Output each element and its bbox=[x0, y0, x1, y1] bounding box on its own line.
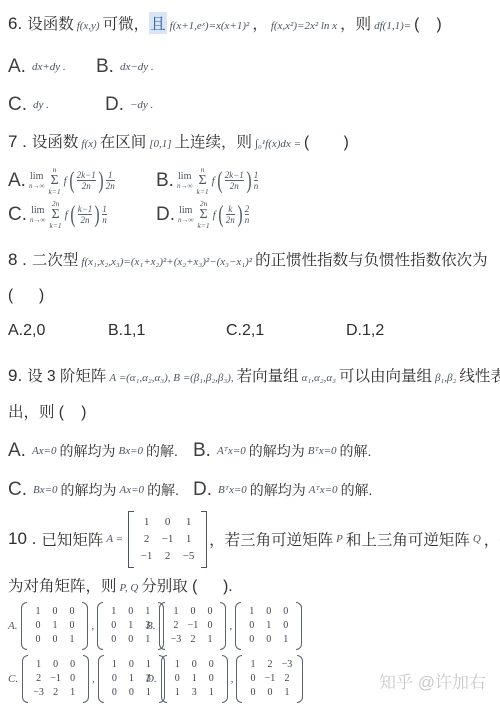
option-A: A. dx+dy . bbox=[8, 56, 96, 78]
stem-text: 可微， bbox=[103, 12, 150, 34]
formula: A = bbox=[106, 533, 123, 545]
formula: Q bbox=[473, 533, 481, 545]
stem-text: 分别取 ( ). bbox=[141, 574, 232, 596]
question-9-options-row-1: A. Ax=0 的解均为 Bx=0 的解. B. Aᵀx=0 的解均为 Bᵀx=… bbox=[8, 440, 371, 462]
question-number: 8 . bbox=[8, 250, 27, 270]
right-paren: ) bbox=[95, 204, 100, 226]
question-9-stem-line-2: 出，则 ( ) bbox=[8, 400, 86, 422]
stem-text: ， bbox=[252, 12, 268, 34]
limit-operator: limn→∞ bbox=[29, 172, 45, 190]
left-paren: ( bbox=[217, 170, 222, 192]
question-6-options-row-2: C. dy . D. −dy . bbox=[8, 94, 156, 116]
option-letter: C. bbox=[8, 204, 27, 226]
fraction: 2k−12n bbox=[225, 170, 244, 192]
stem-text: 线性表 bbox=[459, 364, 500, 386]
stem-text: 已知矩阵 bbox=[41, 528, 103, 550]
option-text: 2,1 bbox=[242, 322, 264, 340]
right-paren: ) bbox=[246, 170, 251, 192]
option-letter: A. bbox=[8, 322, 23, 340]
matrix-P: 100010001 bbox=[21, 602, 88, 650]
matrix-right-paren bbox=[83, 655, 89, 703]
formula: Bᵀx=0 bbox=[218, 484, 247, 496]
answer-blank: ( ) bbox=[8, 287, 44, 305]
stem-text: 可以由向量组 bbox=[339, 364, 432, 386]
function-name: f bbox=[213, 209, 216, 221]
fraction: k2n bbox=[226, 204, 235, 226]
option-letter: B. bbox=[156, 170, 174, 192]
summation-symbol: 2nΣk=1 bbox=[198, 200, 210, 229]
option-text: 1,1 bbox=[123, 322, 145, 340]
option-A: A. limn→∞ nΣk=1 f ( 2k−12n ) 12n bbox=[8, 166, 156, 195]
formula: α₁,α₂,α₃ bbox=[302, 372, 336, 384]
limit-operator: limn→∞ bbox=[30, 206, 46, 224]
function-name: f bbox=[65, 209, 68, 221]
matrix-right-bracket bbox=[201, 511, 207, 568]
option-letter: C. bbox=[8, 673, 18, 685]
option-formula: dx−dy . bbox=[120, 61, 154, 73]
option-D: D. −dy . bbox=[105, 94, 156, 116]
formula: Bx=0 bbox=[118, 445, 143, 457]
matrix-P: 100010131 bbox=[161, 655, 228, 703]
question-8-blank: ( ) bbox=[8, 287, 44, 305]
question-9-options-row-2: C. Bx=0 的解均为 Ax=0 的解. D. Bᵀx=0 的解均为 Aᵀx=… bbox=[8, 479, 372, 501]
option-letter: B. bbox=[108, 322, 123, 340]
option-text: 的解. bbox=[146, 441, 178, 461]
stem-text: 上连续，则 bbox=[175, 130, 253, 152]
question-number: 7 . bbox=[8, 132, 27, 152]
option-D: D. 100010131 , 12−30−12001 bbox=[146, 655, 305, 703]
stem-text: 若向量组 bbox=[237, 364, 299, 386]
option-letter: D. bbox=[146, 673, 157, 685]
option-letter: D. bbox=[156, 204, 175, 226]
summation-symbol: nΣk=1 bbox=[196, 166, 208, 195]
formula: f(x,y) bbox=[77, 20, 100, 32]
option-text: 的解. bbox=[340, 441, 372, 461]
stem-text: ，使得 bbox=[484, 528, 500, 550]
option-B: B. Aᵀx=0 的解均为 Bᵀx=0 的解. bbox=[193, 440, 371, 462]
option-letter: D. bbox=[105, 94, 124, 116]
option-B: B. 1,1 bbox=[108, 322, 226, 340]
question-6-stem: 6. 设函数 f(x,y) 可微， 且 f(x+1,eˣ)=x(x+1)² ， … bbox=[8, 12, 442, 34]
answer-blank: ( ) bbox=[304, 134, 349, 152]
question-10-stem: 10 . 已知矩阵 A = 1012−11−12−5 ，若三角可逆矩阵 P 和上… bbox=[8, 508, 500, 570]
matrix-separator: , bbox=[231, 673, 234, 685]
stem-text: ，则 bbox=[340, 12, 371, 34]
formula: A =(α₁,α₂,α₃), B =(β₁,β₂,β₃), bbox=[109, 372, 233, 384]
option-C: C. limn→∞ 2nΣk=1 f ( k−12n ) 1n bbox=[8, 200, 156, 229]
option-B: B. limn→∞ nΣk=1 f ( 2k−12n ) 1n bbox=[156, 166, 259, 195]
right-paren: ) bbox=[98, 170, 103, 192]
left-paren: ( bbox=[69, 170, 74, 192]
option-text: 的解均为 bbox=[250, 480, 306, 500]
highlighted-character: 且 bbox=[149, 12, 167, 34]
formula: f(x,x²)=2x² ln x bbox=[271, 20, 337, 32]
stem-text: 为对角矩阵，则 bbox=[8, 574, 117, 596]
stem-text: 出，则 ( ) bbox=[8, 400, 86, 422]
fraction: 2n bbox=[245, 204, 250, 226]
formula: P, Q bbox=[120, 582, 139, 594]
exam-page: 6. 设函数 f(x,y) 可微， 且 f(x+1,eˣ)=x(x+1)² ， … bbox=[0, 0, 500, 707]
function-name: f bbox=[212, 175, 215, 187]
question-number: 6. bbox=[8, 14, 22, 34]
option-letter: B. bbox=[146, 620, 155, 632]
formula: Ax=0 bbox=[120, 484, 145, 496]
option-letter: C. bbox=[8, 479, 27, 501]
option-A: A. Ax=0 的解均为 Bx=0 的解. bbox=[8, 440, 193, 462]
matrix-A: 1012−11−12−5 bbox=[128, 511, 207, 568]
matrix-P: 1002−10−321 bbox=[159, 602, 226, 650]
stem-text: 设函数 bbox=[27, 12, 74, 34]
option-C: C. Bx=0 的解均为 Ax=0 的解. bbox=[8, 479, 193, 501]
stem-text: 的正惯性指数与负惯性指数依次为 bbox=[255, 248, 488, 270]
stem-text: 和上三角可逆矩阵 bbox=[346, 528, 470, 550]
question-7-options-row-1: A. limn→∞ nΣk=1 f ( 2k−12n ) 12n B. limn… bbox=[8, 166, 259, 195]
option-B: B. 1002−10−321 , 100010001 bbox=[146, 602, 304, 650]
limit-operator: limn→∞ bbox=[177, 172, 193, 190]
option-D: D. limn→∞ 2nΣk=1 f ( k2n ) 2n bbox=[156, 200, 250, 229]
integral-formula: ∫₀¹f(x)dx = bbox=[255, 138, 301, 150]
matrix-Q: 100010001 bbox=[235, 602, 302, 650]
limit-operator: limn→∞ bbox=[178, 206, 194, 224]
question-7-stem: 7 . 设函数 f(x) 在区间 [0,1] 上连续，则 ∫₀¹f(x)dx =… bbox=[8, 130, 349, 152]
option-C: C. dy . bbox=[8, 94, 105, 116]
question-8-stem: 8 . 二次型 f(x₁,x₂,x₃)=(x₁+x₂)²+(x₂+x₃)²−(x… bbox=[8, 248, 488, 270]
formula: Bx=0 bbox=[33, 484, 58, 496]
option-formula: dx+dy . bbox=[32, 61, 66, 73]
option-text: 1,2 bbox=[362, 322, 384, 340]
matrix-P: 1002−10−321 bbox=[22, 655, 89, 703]
option-B: B. dx−dy . bbox=[96, 56, 157, 78]
question-8-options: A. 2,0 B. 1,1 C. 2,1 D. 1,2 bbox=[8, 322, 384, 340]
matrix-Q: 12−30−12001 bbox=[236, 655, 303, 703]
formula: f(x) bbox=[81, 138, 96, 150]
matrix-right-paren bbox=[222, 655, 228, 703]
summation-symbol: nΣk=1 bbox=[48, 166, 60, 195]
option-C: C. 2,1 bbox=[226, 322, 346, 340]
option-C: C. 1002−10−321 , 101013001 bbox=[8, 655, 146, 703]
option-text: 的解均为 bbox=[59, 441, 115, 461]
matrix-right-paren bbox=[296, 602, 302, 650]
question-number: 10 . bbox=[8, 529, 36, 549]
fraction: 2k−12n bbox=[77, 170, 96, 192]
option-letter: B. bbox=[96, 56, 114, 78]
formula: P bbox=[336, 533, 343, 545]
fraction: 1n bbox=[254, 170, 259, 192]
option-letter: C. bbox=[8, 94, 27, 116]
right-paren: ) bbox=[237, 204, 242, 226]
option-A: A. 100010001 , 101013001 bbox=[8, 602, 146, 650]
formula: Aᵀx=0 bbox=[309, 484, 338, 496]
option-letter: A. bbox=[8, 620, 17, 632]
left-paren: ( bbox=[218, 204, 223, 226]
stem-text: 设 3 阶矩阵 bbox=[27, 364, 106, 386]
summation-symbol: 2nΣk=1 bbox=[50, 200, 62, 229]
matrix-separator: , bbox=[92, 673, 95, 685]
option-letter: D. bbox=[193, 479, 212, 501]
matrix-right-paren bbox=[220, 602, 226, 650]
question-10-options-row-1: A. 100010001 , 101013001 B. 1002−10−321 … bbox=[8, 600, 304, 652]
formula: Bᵀx=0 bbox=[308, 445, 337, 457]
option-text: 的解均为 bbox=[61, 480, 117, 500]
option-text: 2,0 bbox=[23, 322, 45, 340]
quadratic-form-formula: f(x₁,x₂,x₃)=(x₁+x₂)²+(x₂+x₃)²−(x₃−x₁)² bbox=[81, 256, 252, 268]
matrix-right-paren bbox=[297, 655, 303, 703]
option-letter: B. bbox=[193, 440, 211, 462]
option-letter: D. bbox=[346, 322, 362, 340]
formula: Ax=0 bbox=[32, 445, 57, 457]
question-10-options-row-2: C. 1002−10−321 , 101013001 D. 100010131 … bbox=[8, 653, 305, 705]
stem-text: ，若三角可逆矩阵 bbox=[209, 528, 333, 550]
option-letter: A. bbox=[8, 170, 26, 192]
matrix-separator: , bbox=[91, 620, 94, 632]
left-paren: ( bbox=[70, 204, 75, 226]
option-text: 的解均为 bbox=[249, 441, 305, 461]
option-formula: −dy . bbox=[130, 99, 153, 111]
fraction: 1n bbox=[102, 204, 107, 226]
formula: [0,1] bbox=[149, 138, 171, 150]
option-formula: dy . bbox=[33, 99, 49, 111]
option-text: 的解. bbox=[147, 480, 179, 500]
stem-text: 在区间 bbox=[100, 130, 147, 152]
option-letter: A. bbox=[8, 56, 26, 78]
formula: f(x+1,eˣ)=x(x+1)² bbox=[170, 20, 250, 32]
matrix-right-paren bbox=[82, 602, 88, 650]
formula: β₁,β₂ bbox=[435, 372, 456, 384]
zhihu-watermark: 知乎 @许加右 bbox=[379, 668, 486, 693]
question-7-options-row-2: C. limn→∞ 2nΣk=1 f ( k−12n ) 1n D. limn→… bbox=[8, 200, 250, 229]
question-9-stem-line-1: 9. 设 3 阶矩阵 A =(α₁,α₂,α₃), B =(β₁,β₂,β₃),… bbox=[8, 364, 500, 386]
question-number: 9. bbox=[8, 366, 22, 386]
question-6-options-row-1: A. dx+dy . B. dx−dy . bbox=[8, 56, 157, 78]
formula: df(1,1)= bbox=[374, 20, 411, 32]
option-text: 的解. bbox=[341, 480, 373, 500]
fraction: k−12n bbox=[78, 204, 93, 226]
option-letter: C. bbox=[226, 322, 242, 340]
option-letter: A. bbox=[8, 440, 26, 462]
question-10-stem-line-2: 为对角矩阵，则 P, Q 分别取 ( ). bbox=[8, 574, 233, 596]
stem-text: 设函数 bbox=[32, 130, 79, 152]
stem-text: 二次型 bbox=[32, 248, 79, 270]
option-D: D. Bᵀx=0 的解均为 Aᵀx=0 的解. bbox=[193, 479, 372, 501]
option-D: D. 1,2 bbox=[346, 322, 384, 340]
answer-blank: ( ) bbox=[414, 16, 442, 34]
option-A: A. 2,0 bbox=[8, 322, 108, 340]
function-name: f bbox=[64, 175, 67, 187]
formula: Aᵀx=0 bbox=[217, 445, 246, 457]
fraction: 12n bbox=[106, 170, 115, 192]
matrix-separator: , bbox=[229, 620, 232, 632]
